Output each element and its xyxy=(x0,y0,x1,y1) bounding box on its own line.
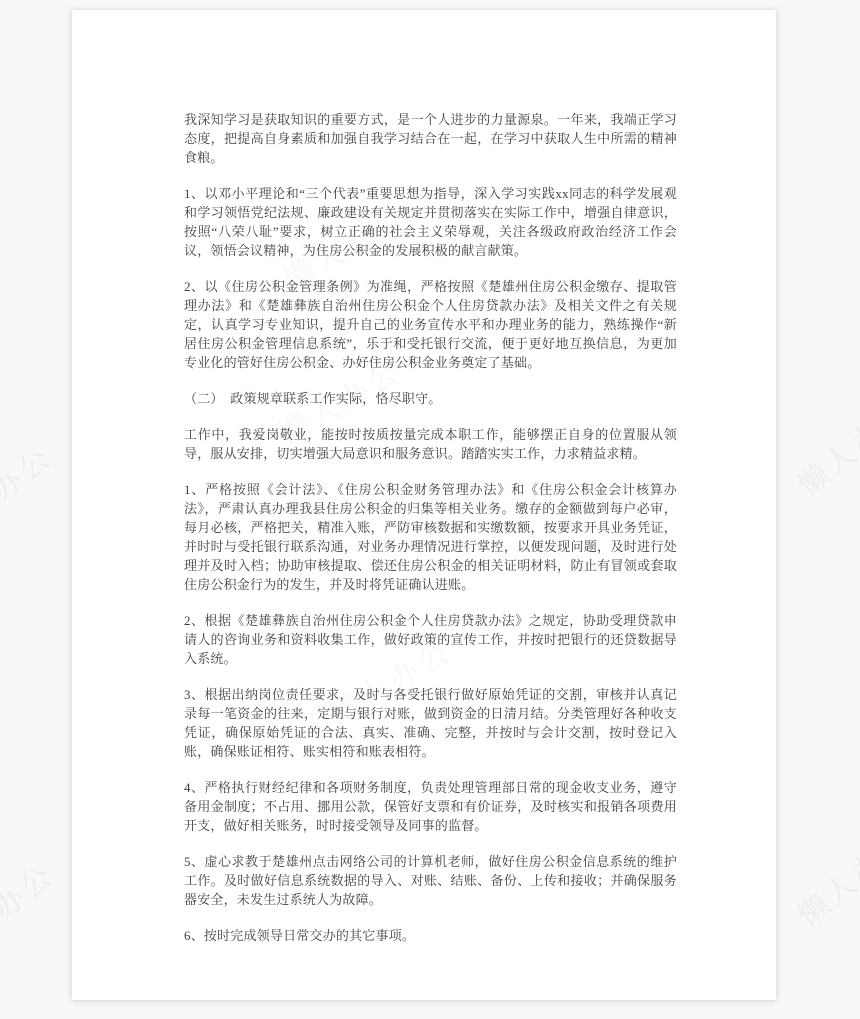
paragraph: 3、根据出纳岗位责任要求，及时与各受托银行做好原始凭证的交割，审核并认真记录每一… xyxy=(184,685,677,761)
watermark-text: 懒人办公 xyxy=(786,816,860,934)
watermark-text: 懒人办公 xyxy=(0,433,61,551)
paragraph: 5、虚心求教于楚雄州点击网络公司的计算机老师，做好住房公积金信息系统的维护工作。… xyxy=(184,852,677,909)
paragraph: 2、根据《楚雄彝族自治州住房公积金个人住房贷款办法》之规定，协助受理贷款申请人的… xyxy=(184,611,677,668)
paragraph: 4、严格执行财经纪律和各项财务制度，负责处理管理部日常的现金收支业务，遵守备用金… xyxy=(184,778,677,835)
paragraph: 工作中，我爱岗敬业，能按时按质按量完成本职工作，能够摆正自身的位置服从领导，服从… xyxy=(184,425,677,463)
document-page: 我深知学习是获取知识的重要方式，是一个人进步的力量源泉。一年来，我端正学习态度，… xyxy=(72,10,776,1000)
paragraph: 1、严格按照《会计法》、《住房公积金财务管理办法》和《住房公积金会计核算办法》，… xyxy=(184,480,677,594)
watermark-text: 懒人办公 xyxy=(0,851,63,969)
paragraph: 6、按时完成领导日常交办的其它事项。 xyxy=(184,926,677,945)
paragraph: 我深知学习是获取知识的重要方式，是一个人进步的力量源泉。一年来，我端正学习态度，… xyxy=(184,110,677,167)
document-preview-background: 我深知学习是获取知识的重要方式，是一个人进步的力量源泉。一年来，我端正学习态度，… xyxy=(0,0,860,1019)
paragraph: （二） 政策规章联系工作实际，恪尽职守。 xyxy=(184,389,677,408)
paragraph: 2、以《住房公积金管理条例》为准绳，严格按照《楚雄州住房公积金缴存、提取管理办法… xyxy=(184,277,677,372)
watermark-text: 懒人办公 xyxy=(786,386,860,504)
paragraph: 1、以邓小平理论和“三个代表”重要思想为指导，深入学习实践xx同志的科学发展观和… xyxy=(184,184,677,260)
document-body: 我深知学习是获取知识的重要方式，是一个人进步的力量源泉。一年来，我端正学习态度，… xyxy=(184,110,677,945)
